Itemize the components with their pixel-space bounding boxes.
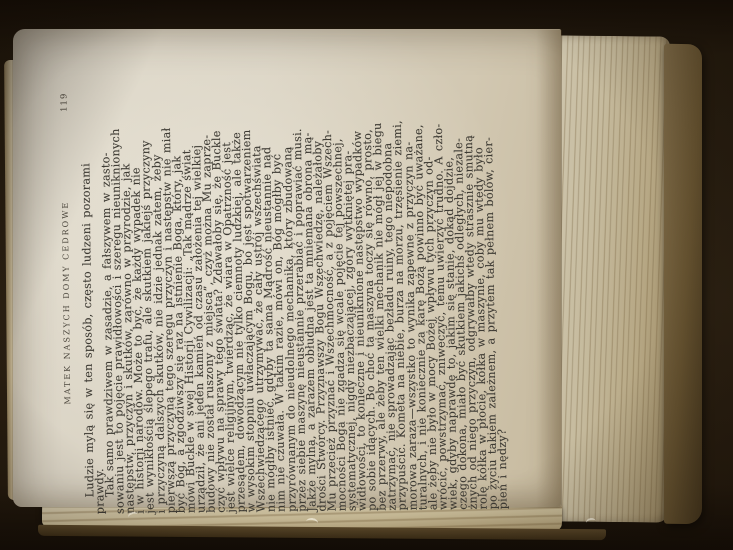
page-edges-right [552,35,670,522]
binding-thread [585,517,596,527]
book-cover-edge-right [664,44,702,525]
page-text-rotated: MATEK NASZYCH DOMY CEDROWE 119 Ludzie my… [59,85,508,514]
page-curve-shadow [536,30,562,508]
text-lines: Ludzie mylą się w ten sposób, często lud… [80,85,509,514]
photo-background: MATEK NASZYCH DOMY CEDROWE 119 Ludzie my… [0,0,733,550]
page-number: 119 [59,93,69,112]
running-title: MATEK NASZYCH DOMY CEDROWE [61,201,72,405]
